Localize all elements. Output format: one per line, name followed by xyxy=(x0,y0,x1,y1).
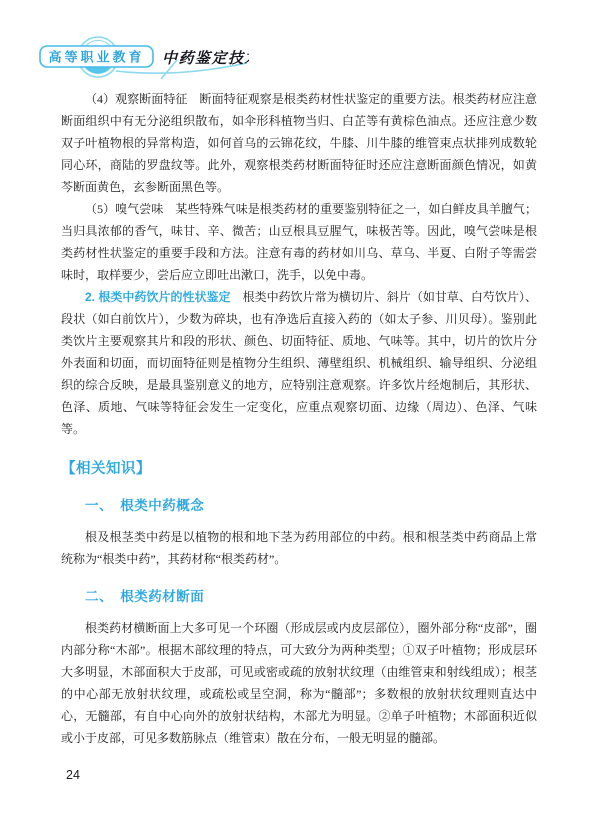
slice-subheading: 2. 根类中药饮片的性状鉴定 xyxy=(85,290,231,304)
page-content: （4）观察断面特征 断面特征观察是根类药材性状鉴定的重要方法。根类药材应注意断面… xyxy=(61,88,537,749)
section-heading-root-concept: 一、 根类中药概念 xyxy=(61,494,537,514)
related-knowledge-heading: 【相关知识】 xyxy=(61,457,537,478)
book-title: 中药鉴定技术 xyxy=(162,49,249,67)
series-label: 高等职业教育 xyxy=(48,50,144,65)
paragraph-observe-cross-section: （4）观察断面特征 断面特征观察是根类药材性状鉴定的重要方法。根类药材应注意断面… xyxy=(61,88,537,198)
paragraph-smell-taste: （5）嗅气尝味 某些特殊气味是根类药材的重要鉴别特征之一，如白鲜皮具羊膻气；当归… xyxy=(61,198,537,286)
paragraph-root-cross-section: 根类药材横断面上大多可见一个环圈（形成层或内皮层部位），圈外部分称“皮部”，圈内… xyxy=(61,617,537,749)
paragraph-decoction-slices: 2. 根类中药饮片的性状鉴定 根类中药饮片常为横切片、斜片（如甘草、白芍饮片）、… xyxy=(61,286,537,440)
section-heading-root-cross-section: 二、 根类药材断面 xyxy=(61,585,537,605)
paragraph-root-concept: 根及根茎类中药是以植物的根和地下茎为药用部位的中药。根和根茎类中药商品上常统称为… xyxy=(61,526,537,570)
book-header-logo: 高等职业教育 中药鉴定技术 xyxy=(34,33,249,81)
page-number: 24 xyxy=(66,768,80,782)
textbook-page: 高等职业教育 中药鉴定技术 （4）观察断面特征 断面特征观察是根类药材性状鉴定的… xyxy=(0,0,597,831)
slice-paragraph-text: 根类中药饮片常为横切片、斜片（如甘草、白芍饮片）、段状（如白前饮片），少数为碎块… xyxy=(61,290,537,436)
